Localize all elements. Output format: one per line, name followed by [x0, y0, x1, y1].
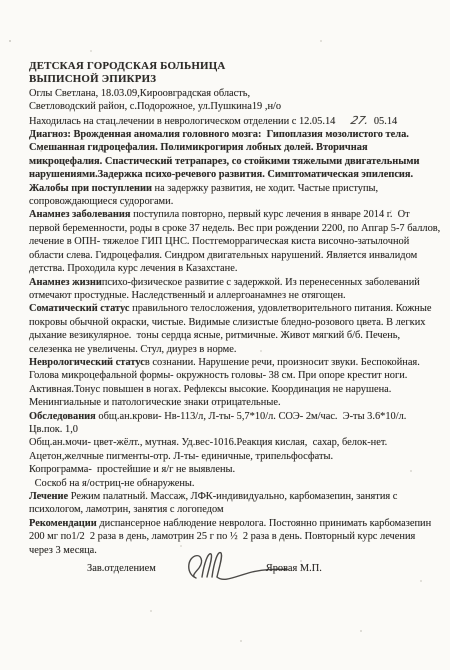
paragraph-urinalysis-2: Ацетон,желчные пигменты-отр. Л-ты- едини…: [29, 450, 441, 463]
paragraph-disease-anamnesis: Анамнез заболевания поступила повторно, …: [29, 208, 441, 275]
paragraph-text: Врожденная аномалия головного мозга: Гип…: [29, 129, 422, 180]
signature-name: Яровая М.П.: [266, 562, 322, 575]
paragraph-life-anamnesis: Анамнез жизнипсихо-физическое развитие с…: [29, 276, 441, 303]
paragraph-label: Анамнез заболевания: [29, 209, 130, 220]
discharge-date-typed: 05.14: [374, 116, 397, 127]
paragraph-label: Обследования: [29, 411, 96, 422]
scan-noise: [0, 0, 2, 2]
paragraph-text: Общ.ан.мочи- цвет-жёлт., мутная. Уд.вес-…: [29, 437, 387, 448]
scanned-document-page: ДЕТСКАЯ ГОРОДСКАЯ БОЛЬНИЦА ВЫПИСНОЙ ЭПИК…: [0, 0, 450, 670]
signature-row: Зав.отделением Яровая М.П.: [87, 562, 441, 576]
document-content: ДЕТСКАЯ ГОРОДСКАЯ БОЛЬНИЦА ВЫПИСНОЙ ЭПИК…: [29, 60, 441, 576]
paragraph-diagnosis: Диагноз: Врожденная аномалия головного м…: [29, 128, 441, 182]
paragraph-urinalysis: Общ.ан.мочи- цвет-жёлт., мутная. Уд.вес-…: [29, 436, 441, 449]
paragraph-label: Лечение: [29, 491, 68, 502]
patient-info-line-1: Оглы Светлана, 18.03.09,Кироовградская о…: [29, 87, 441, 100]
paragraph-neurological-status: Неврологический статусв сознании. Наруше…: [29, 356, 441, 410]
document-type-title: ВЫПИСНОЙ ЭПИКРИЗ: [29, 73, 441, 86]
handwritten-discharge-day: 27.: [350, 114, 371, 127]
paragraph-text: Копрограмма- простейшие и я/г не выявлен…: [29, 464, 235, 475]
paragraph-label: Рекомендации: [29, 518, 97, 529]
paragraph-text: Соскоб на я/остриц-не обнаружены.: [32, 478, 195, 489]
paragraph-text: Ацетон,желчные пигменты-отр. Л-ты- едини…: [29, 451, 333, 462]
paragraph-label: Неврологический статус: [29, 357, 145, 368]
signature-role: Зав.отделением: [87, 562, 156, 575]
paragraph-coprogram: Копрограмма- простейшие и я/г не выявлен…: [29, 463, 441, 476]
hospital-title: ДЕТСКАЯ ГОРОДСКАЯ БОЛЬНИЦА: [29, 60, 441, 73]
paragraph-label: Соматический статус: [29, 303, 130, 314]
paragraph-scraping: Соскоб на я/остриц-не обнаружены.: [29, 477, 441, 490]
admission-line: Находилась на стац.лечении в неврологиче…: [29, 114, 441, 128]
paragraph-label: Диагноз:: [29, 129, 71, 140]
paragraph-somatic-status: Соматический статус правильного телослож…: [29, 302, 441, 356]
patient-info-line-2: Светловодский район, с.Подорожное, ул.Пу…: [29, 100, 441, 113]
paragraph-complaints: Жалобы при поступлении на задержку разви…: [29, 182, 441, 209]
paragraph-label: Жалобы при поступлении: [29, 183, 152, 194]
paragraph-label: Анамнез жизни: [29, 277, 102, 288]
paragraph-text: Режим палатный. Массаж, ЛФК-индивидуальн…: [29, 491, 400, 515]
paragraph-treatment: Лечение Режим палатный. Массаж, ЛФК-инди…: [29, 490, 441, 517]
paragraph-examinations-blood: Обследования общ.ан.крови- Нв-113/л, Л-т…: [29, 410, 441, 437]
admission-text: Находилась на стац.лечении в неврологиче…: [29, 116, 335, 127]
